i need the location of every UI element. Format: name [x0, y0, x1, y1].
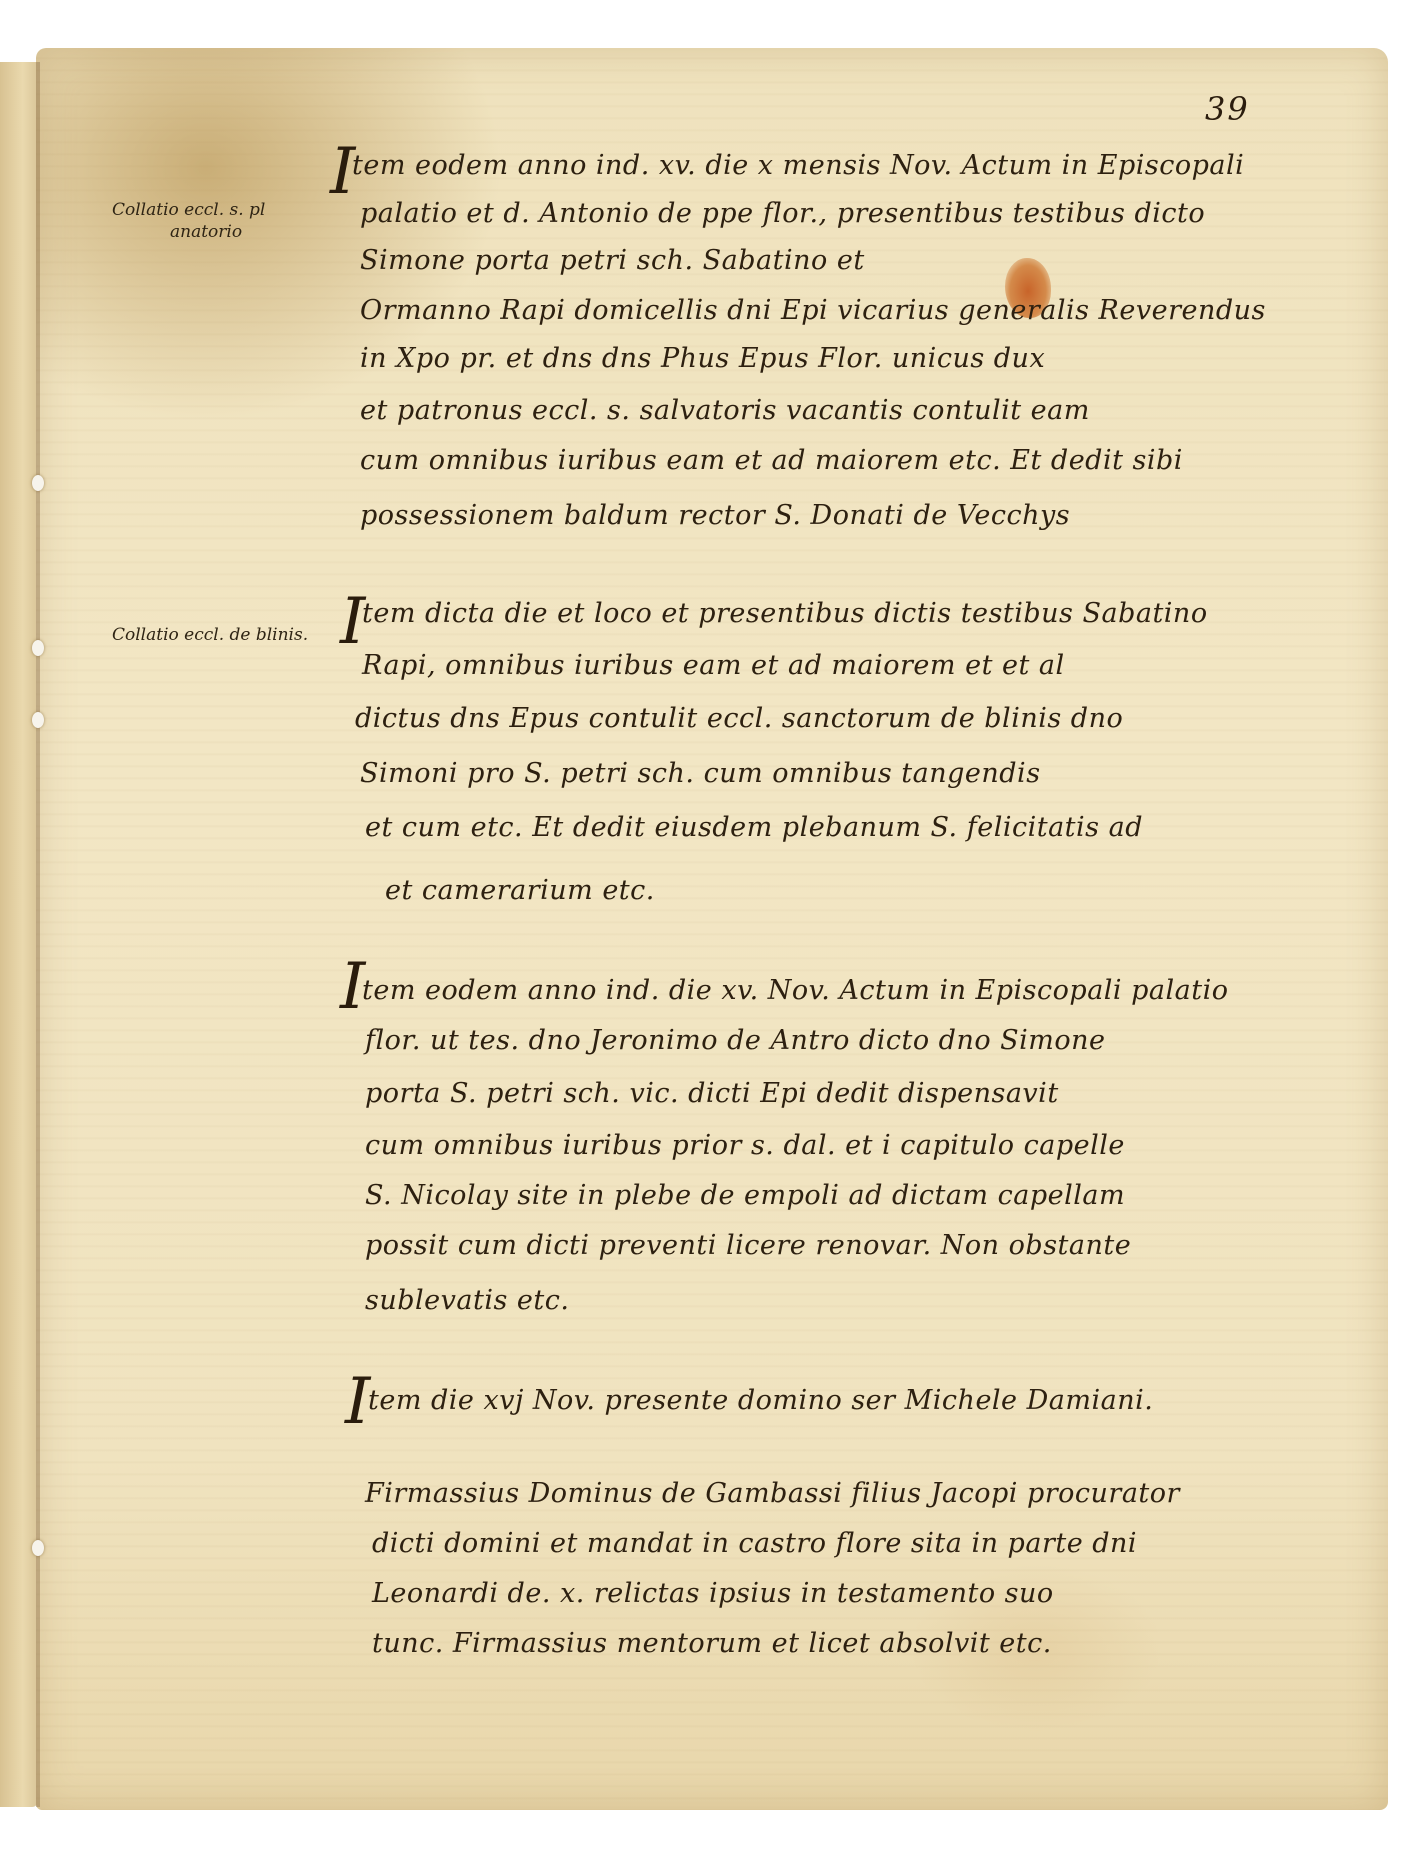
entry-1-line: et patronus eccl. s. salvatoris vacantis…	[360, 395, 1090, 426]
entry-3-line: sublevatis etc.	[365, 1285, 569, 1316]
entry-1-line: possessionem baldum rector S. Donati de …	[360, 500, 1070, 531]
entry-5-line: dicti domini et mandat in castro flore s…	[372, 1528, 1137, 1559]
entry-3-line: S. Nicolay site in plebe de empoli ad di…	[365, 1180, 1125, 1211]
entry-2-line: et camerarium etc.	[385, 875, 655, 906]
entry-4-line: tem die xvj Nov. presente domino ser Mic…	[368, 1385, 1153, 1416]
binding-hole	[32, 640, 44, 656]
entry-5-line: tunc. Firmassius mentorum et licet absol…	[372, 1628, 1052, 1659]
entry-1-line: in Xpo pr. et dns dns Phus Epus Flor. un…	[360, 343, 1045, 374]
entry-1-line: Simone porta petri sch. Sabatino et	[360, 245, 865, 276]
margin-note-2: Collatio eccl. de blinis.	[112, 625, 308, 645]
entry-2-line: Simoni pro S. petri sch. cum omnibus tan…	[360, 758, 1041, 789]
binding-hole	[32, 1540, 44, 1556]
entry-3-line: tem eodem anno ind. die xv. Nov. Actum i…	[362, 975, 1229, 1006]
entry-2-line: et cum etc. Et dedit eiusdem plebanum S.…	[365, 812, 1143, 843]
entry-3-line: cum omnibus iuribus prior s. dal. et i c…	[365, 1130, 1125, 1161]
margin-note-1: Collatio eccl. s. pl	[112, 200, 265, 220]
entry-3-line: possit cum dicti preventi licere renovar…	[365, 1230, 1131, 1261]
binding-hole	[32, 475, 44, 491]
entry-1-line: tem eodem anno ind. xv. die x mensis Nov…	[352, 150, 1244, 181]
entry-1-line: palatio et d. Antonio de ppe flor., pres…	[360, 198, 1205, 229]
entry-5-line: Firmassius Dominus de Gambassi filius Ja…	[365, 1478, 1180, 1509]
entry-initial: I	[345, 1370, 370, 1434]
margin-note-1-line2: anatorio	[170, 222, 242, 242]
entry-3-line: flor. ut tes. dno Jeronimo de Antro dict…	[365, 1025, 1106, 1056]
entry-2-line: dictus dns Epus contulit eccl. sanctorum…	[355, 703, 1123, 734]
entry-2-line: tem dicta die et loco et presentibus dic…	[362, 598, 1208, 629]
entry-1-line: cum omnibus iuribus eam et ad maiorem et…	[360, 445, 1183, 476]
entry-2-line: Rapi, omnibus iuribus eam et ad maiorem …	[362, 650, 1065, 681]
entry-1-line: Ormanno Rapi domicellis dni Epi vicarius…	[360, 295, 1266, 326]
binding-hole	[32, 712, 44, 728]
entry-3-line: porta S. petri sch. vic. dicti Epi dedit…	[365, 1078, 1059, 1109]
entry-5-line: Leonardi de. x. relictas ipsius in testa…	[372, 1578, 1054, 1609]
folio-number: 39	[1205, 90, 1250, 128]
